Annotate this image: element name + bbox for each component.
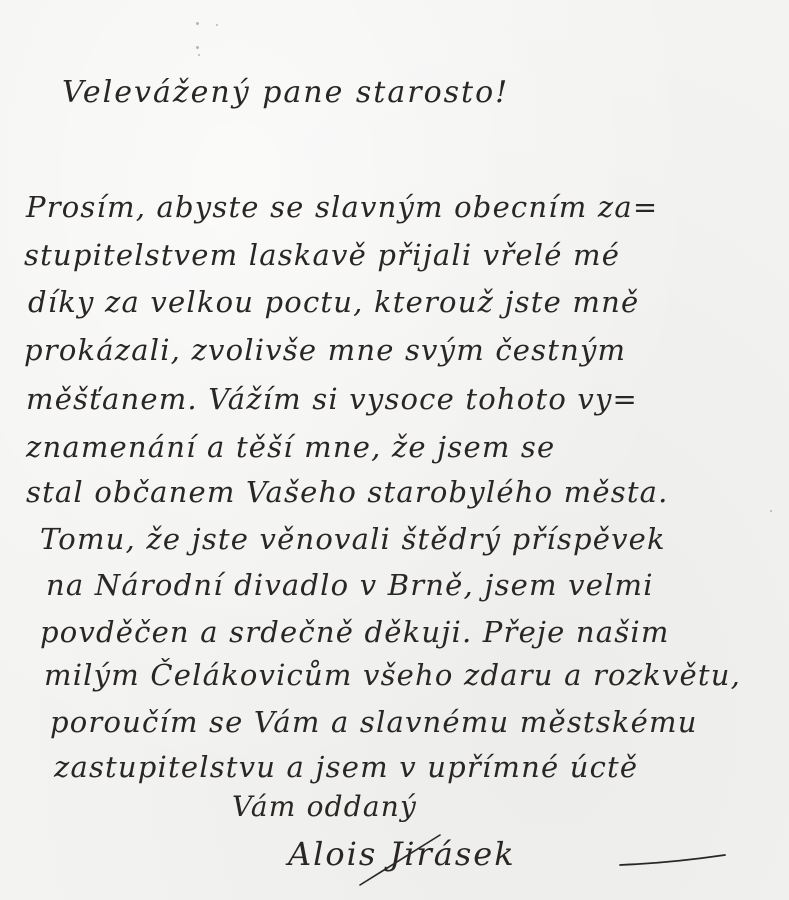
letter-line: stupitelstvem laskavě přijali vřelé mé bbox=[24, 238, 620, 272]
signature-flourish bbox=[350, 815, 730, 895]
scan-speck bbox=[198, 54, 200, 56]
letter-line: prokázali, zvolivše mne svým čestným bbox=[24, 333, 626, 367]
scan-speck bbox=[770, 510, 772, 512]
scan-speck bbox=[216, 24, 218, 26]
letter-paper: Velevážený pane starosto! Prosím, abyste… bbox=[0, 0, 789, 900]
letter-line: díky za velkou poctu, kterouž jste mně bbox=[28, 285, 639, 319]
letter-line: znamenání a těší mne, že jsem se bbox=[26, 430, 555, 464]
letter-line: poroučím se Vám a slavnému městskému bbox=[50, 705, 698, 739]
letter-line: Tomu, že jste věnovali štědrý příspěvek bbox=[40, 522, 666, 556]
letter-salutation: Velevážený pane starosto! bbox=[62, 75, 509, 110]
letter-line: Prosím, abyste se slavným obecním za= bbox=[26, 190, 658, 224]
letter-line: měšťanem. Vážím si vysoce tohoto vy= bbox=[26, 382, 638, 416]
letter-line: milým Čelákovicům všeho zdaru a rozkvětu… bbox=[44, 658, 741, 692]
scan-speck bbox=[196, 22, 199, 25]
letter-line: stal občanem Vašeho starobylého města. bbox=[26, 475, 669, 509]
scan-speck bbox=[196, 46, 199, 49]
letter-line: povděčen a srdečně děkuji. Přeje našim bbox=[40, 615, 670, 649]
letter-line: na Národní divadlo v Brně, jsem velmi bbox=[46, 568, 654, 602]
letter-line: zastupitelstvu a jsem v upřímné úctě bbox=[54, 750, 638, 784]
